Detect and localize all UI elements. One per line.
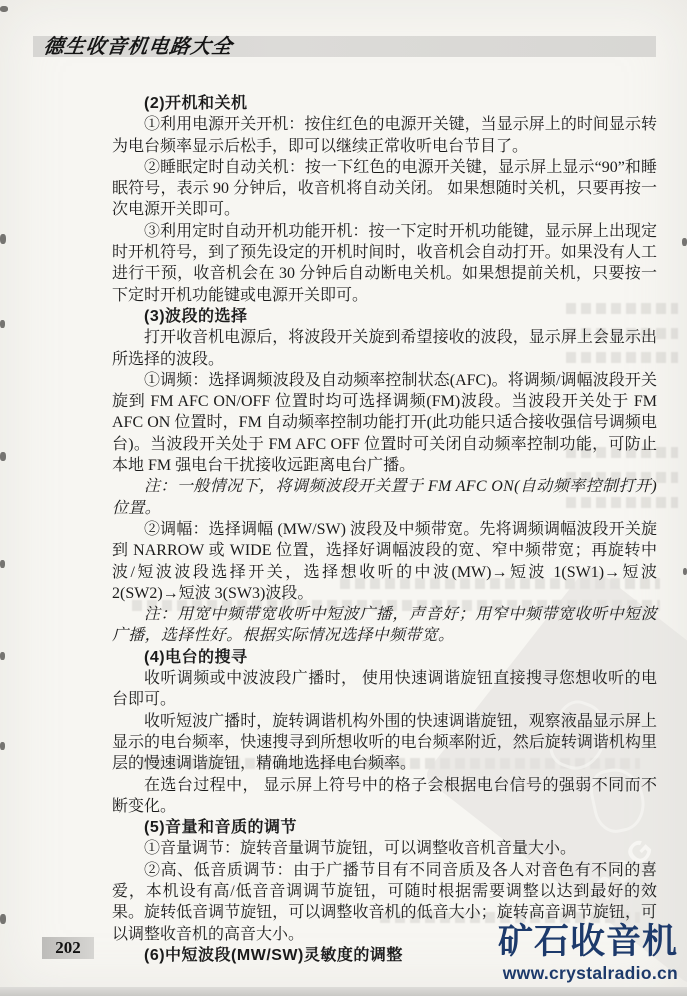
- scan-artifact: [0, 652, 5, 660]
- manual-text-column: (2)开机和关机 ①利用电源开关开机：按住红色的电源开关键，当显示屏上的时间显示…: [112, 93, 657, 966]
- scan-artifact: [0, 6, 8, 12]
- paragraph: ②睡眠定时自动关机：按一下红色的电源开关键，显示屏上显示“90”和睡眠符号，表示…: [112, 157, 657, 221]
- section-heading: (2)开机和关机: [112, 93, 657, 114]
- paragraph: ①音量调节：旋转音量调节旋钮，可以调整收音机音量大小。: [112, 838, 657, 859]
- paragraph: ①调频：选择调频波段及自动频率控制状态(AFC)。将调频/调幅波段开关 旋到 F…: [112, 370, 657, 476]
- scan-artifact: [0, 914, 6, 924]
- scan-artifact: [0, 742, 5, 750]
- section-heading: (4)电台的搜寻: [112, 647, 657, 668]
- section-heading: (3)波段的选择: [112, 306, 657, 327]
- scan-artifact: [683, 568, 687, 575]
- crystalradio-logo-text: 矿石收音机: [498, 923, 678, 961]
- scanned-manual-page: PDG 德生收音机电路大全 (2)开机和关机 ①利用电源开关开机：按住红色的电源…: [0, 0, 687, 996]
- scan-artifact: [0, 560, 5, 568]
- note-paragraph: 注：一般情况下，将调频波段开关置于 FM AFC ON(自动频率控制打开)位置。: [112, 476, 657, 519]
- paragraph: 在选台过程中， 显示屏上符号中的格子会根据电台信号的强弱不同而不断变化。: [112, 775, 657, 818]
- section-heading: (5)音量和音质的调节: [112, 817, 657, 838]
- paragraph: 收听调频或中波波段广播时， 使用快速调谐旋钮直接搜寻您想收听的电台即可。: [112, 668, 657, 711]
- scan-artifact: [0, 234, 6, 244]
- scan-artifact: [0, 452, 6, 461]
- scan-artifact: [682, 238, 687, 246]
- paragraph: 打开收音机电源后，将波段开关旋到希望接收的波段，显示屏上会显示出所选择的波段。: [112, 327, 657, 370]
- crystalradio-logo-url: www.crystalradio.cn: [498, 963, 678, 983]
- scan-edge-shadow: [0, 987, 687, 996]
- crystalradio-logo: 矿石收音机 www.crystalradio.cn: [498, 923, 678, 983]
- paragraph: ②调幅：选择调幅 (MW/SW) 波段及中频带宽。先将调频调幅波段开关旋到 NA…: [112, 519, 657, 604]
- paragraph: ③利用定时自动开机功能开机：按一下定时开机功能键，显示屏上出现定时开机符号，到了…: [112, 221, 657, 306]
- paragraph: ①利用电源开关开机：按住红色的电源开关键，当显示屏上的时间显示转为电台频率显示后…: [112, 114, 657, 157]
- paragraph: 收听短波广播时，旋转调谐机构外围的快速调谐旋钮，观察液晶显示屏上显示的电台频率，…: [112, 711, 657, 775]
- scan-artifact: [0, 320, 5, 328]
- page-number-badge: 202: [42, 937, 94, 959]
- book-title: 德生收音机电路大全: [42, 30, 235, 59]
- note-paragraph: 注：用宽中频带宽收听中短波广播，声音好；用窄中频带宽收听中短波广播，选择性好。根…: [112, 604, 657, 647]
